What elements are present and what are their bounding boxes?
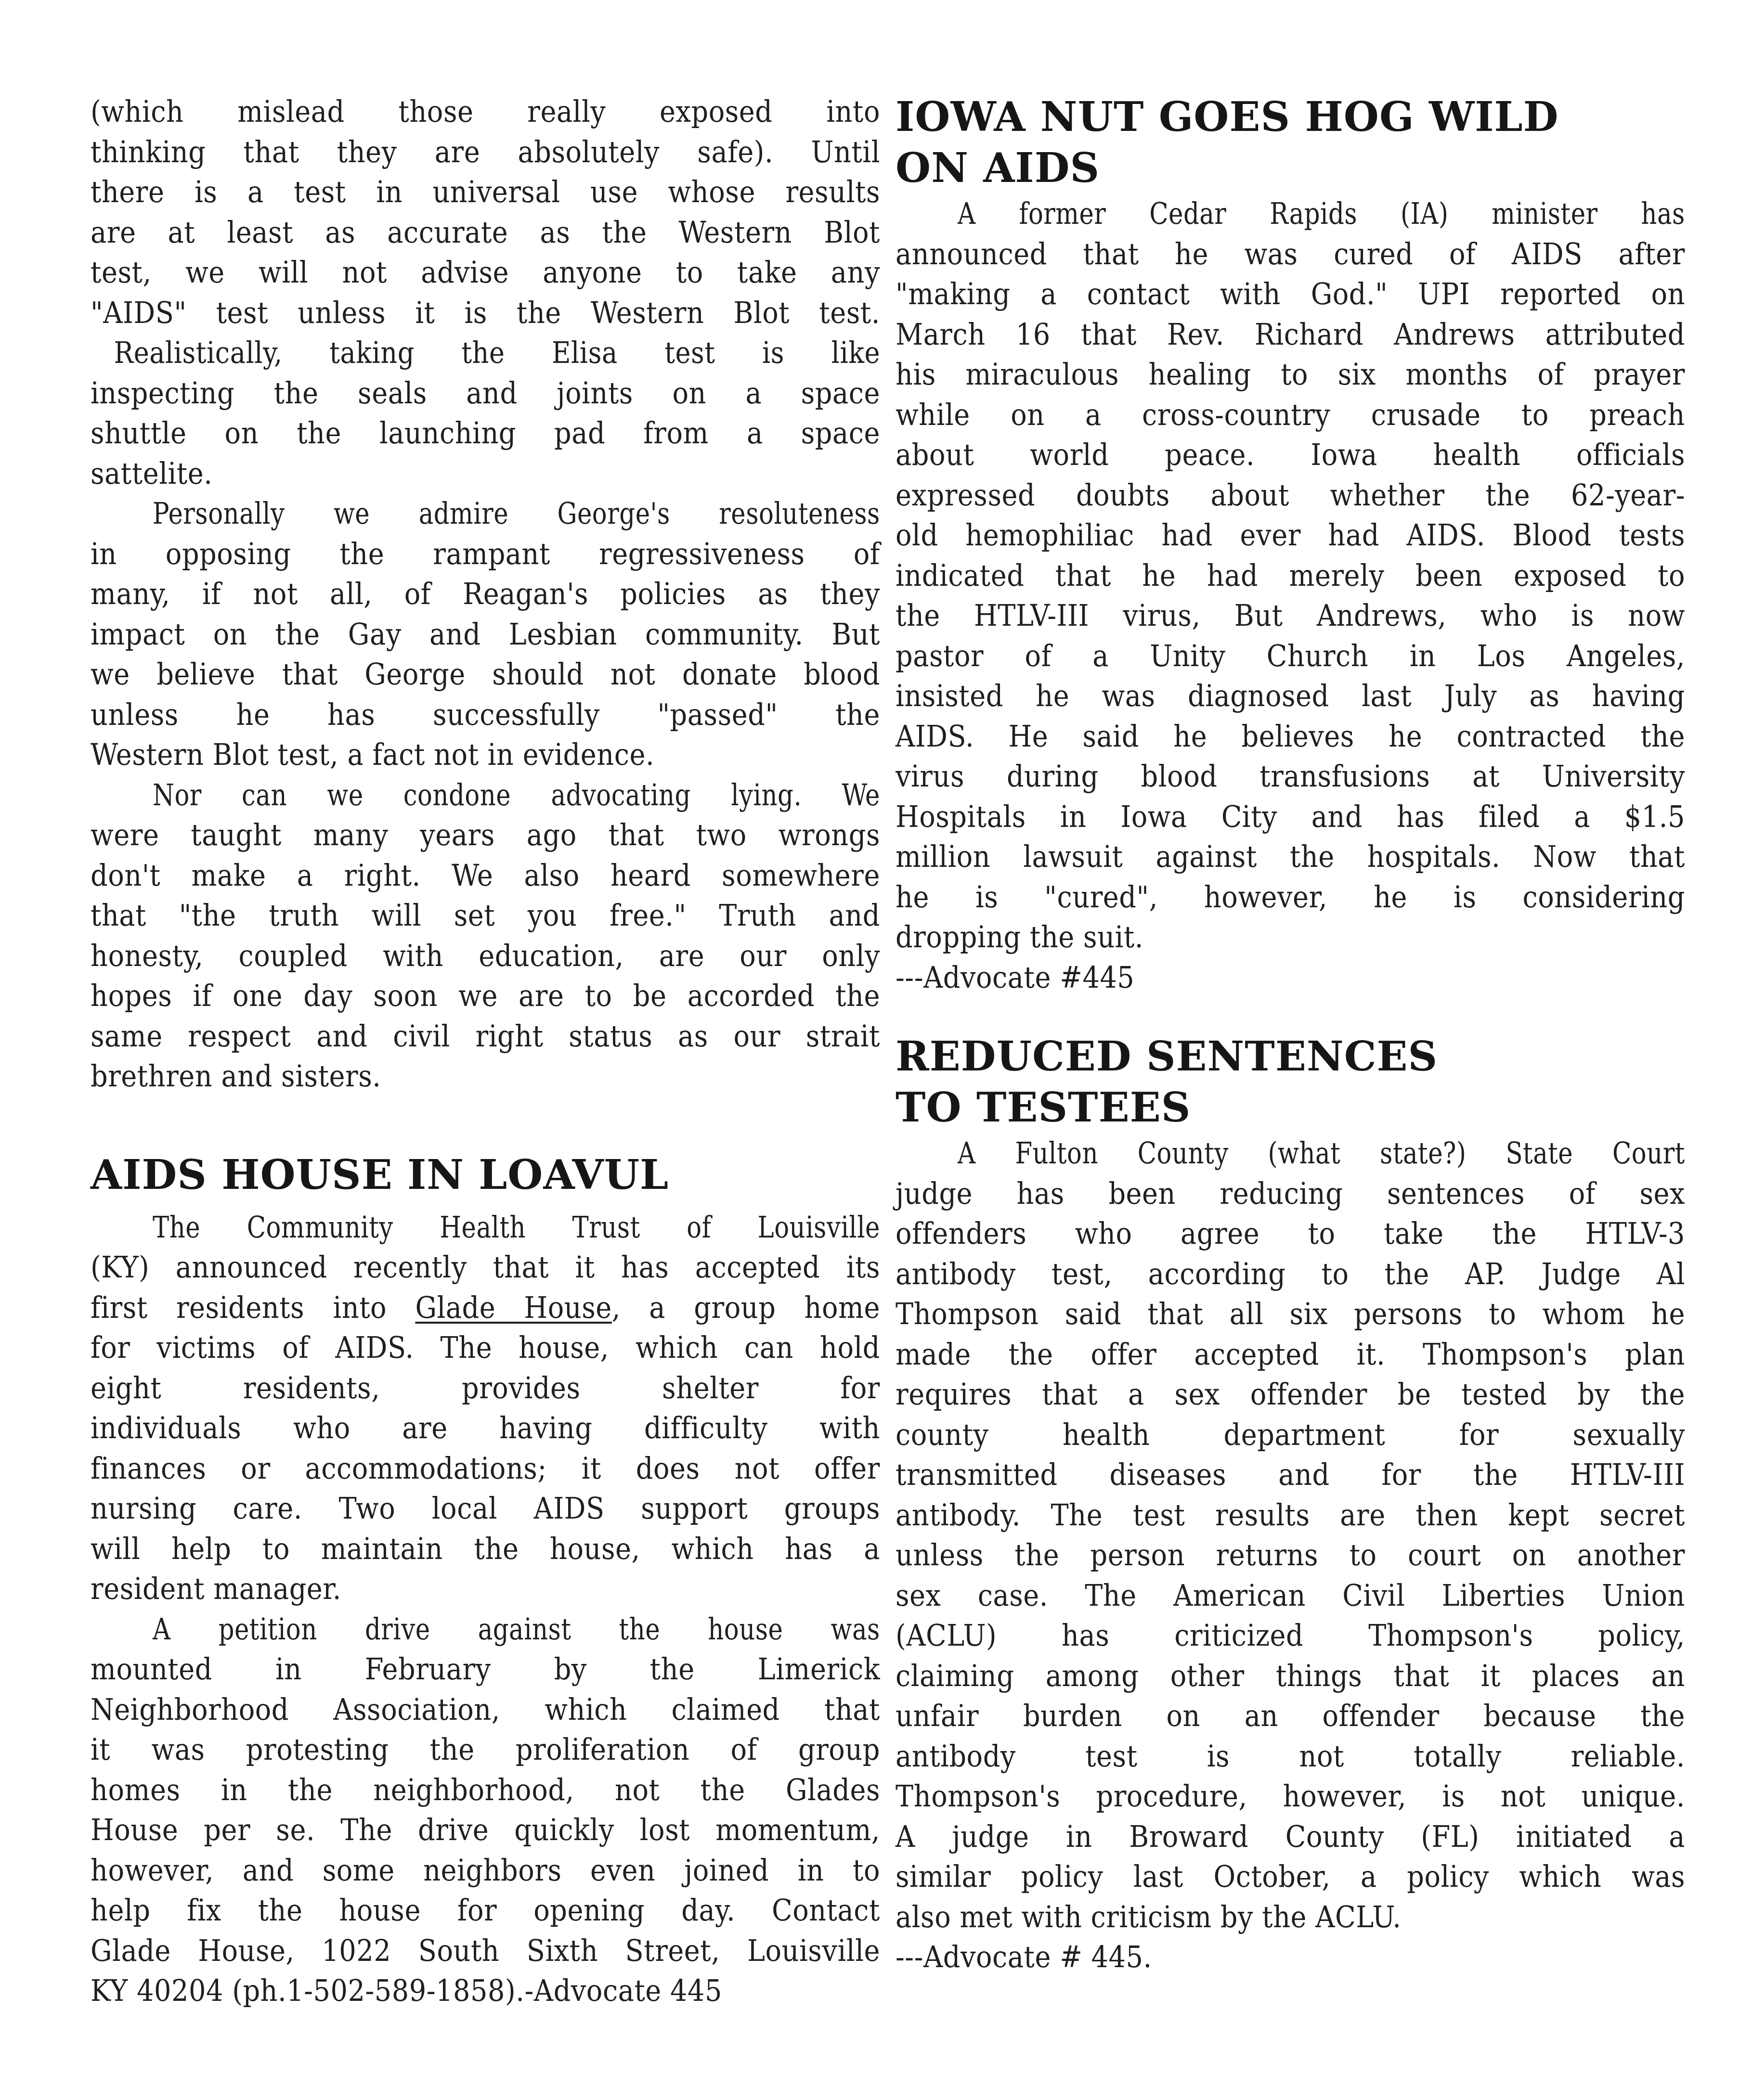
text-line: antibody. The test results are then kept… xyxy=(895,1495,1685,1535)
text-line: expressed doubts about whether the 62-ye… xyxy=(895,475,1685,515)
text-line: A former Cedar Rapids (IA) minister has xyxy=(895,193,1685,234)
text-line: don't make a right. We also heard somewh… xyxy=(91,855,880,896)
text-line: mounted in February by the Limerick xyxy=(91,1649,880,1689)
text-line: (KY) announced recently that it has acce… xyxy=(91,1247,880,1288)
text-line: brethren and sisters. xyxy=(91,1056,880,1096)
article-headline: REDUCED SENTENCES xyxy=(895,1031,1685,1082)
text-line: are at least as accurate as the Western … xyxy=(91,212,880,253)
text-line: there is a test in universal use whose r… xyxy=(91,172,880,212)
text-line: A Fulton County (what state?) State Cour… xyxy=(895,1133,1685,1173)
text-line: help fix the house for opening day. Cont… xyxy=(91,1890,880,1931)
text-line: that "the truth will set you free." Trut… xyxy=(91,895,880,936)
text-line: antibody test, according to the AP. Judg… xyxy=(895,1254,1685,1294)
text-line: antibody test is not totally reliable. xyxy=(895,1736,1685,1777)
text-line: Personally we admire George's resolutene… xyxy=(91,493,880,534)
text-line: announced that he was cured of AIDS afte… xyxy=(895,234,1685,274)
article-headline: ON AIDS xyxy=(895,142,1685,193)
text-line: homes in the neighborhood, not the Glade… xyxy=(91,1770,880,1810)
spacer xyxy=(91,1200,880,1207)
article-source-line: ---Advocate #445 xyxy=(895,957,1685,998)
text-line: requires that a sex offender be tested b… xyxy=(895,1374,1685,1415)
text-line: finances or accommodations; it does not … xyxy=(91,1448,880,1489)
text-line: Realistically, taking the Elisa test is … xyxy=(91,333,880,373)
text-line: he is "cured", however, he is considerin… xyxy=(895,877,1685,917)
text-line: test, we will not advise anyone to take … xyxy=(91,252,880,293)
text-line: first residents into Glade House, a grou… xyxy=(91,1288,880,1328)
text-line: while on a cross-country crusade to prea… xyxy=(895,395,1685,435)
text-line: however, and some neighbors even joined … xyxy=(91,1850,880,1891)
article-headline: IOWA NUT GOES HOG WILD xyxy=(895,91,1685,142)
text-line: individuals who are having difficulty wi… xyxy=(91,1408,880,1448)
text-line: honesty, coupled with education, are our… xyxy=(91,936,880,976)
text-line: were taught many years ago that two wron… xyxy=(91,815,880,855)
text-line: nursing care. Two local AIDS support gro… xyxy=(91,1488,880,1529)
text-line: about world peace. Iowa health officials xyxy=(895,435,1685,475)
text-line: Western Blot test, a fact not in evidenc… xyxy=(91,734,880,775)
article-headline: TO TESTEES xyxy=(895,1082,1685,1133)
text-line: A judge in Broward County (FL) initiated… xyxy=(895,1817,1685,1857)
text-line: A petition drive against the house was xyxy=(91,1609,880,1649)
text-line: (which mislead those really exposed into xyxy=(91,91,880,132)
article-iowa: IOWA NUT GOES HOG WILD ON AIDS A former … xyxy=(895,91,1685,997)
text-line: for victims of AIDS. The house, which ca… xyxy=(91,1327,880,1368)
text-line: in opposing the rampant regressiveness o… xyxy=(91,534,880,574)
text-line: county health department for sexually xyxy=(895,1415,1685,1455)
text-line: pastor of a Unity Church in Los Angeles, xyxy=(895,636,1685,676)
text-line: made the offer accepted it. Thompson's p… xyxy=(895,1334,1685,1375)
text-fragment: first residents into xyxy=(91,1290,415,1325)
text-line: AIDS. He said he believes he contracted … xyxy=(895,716,1685,757)
article-headline: AIDS HOUSE IN LOAVUL xyxy=(91,1149,880,1200)
text-line: sex case. The American Civil Liberties U… xyxy=(895,1575,1685,1616)
text-line: claiming among other things that it plac… xyxy=(895,1656,1685,1696)
text-line: thinking that they are absolutely safe).… xyxy=(91,132,880,172)
text-line: resident manager. xyxy=(91,1569,880,1609)
text-line: judge has been reducing sentences of sex xyxy=(895,1173,1685,1214)
text-line: many, if not all, of Reagan's policies a… xyxy=(91,574,880,614)
text-line: similar policy last October, a policy wh… xyxy=(895,1856,1685,1897)
text-line: dropping the suit. xyxy=(895,917,1685,957)
right-column: IOWA NUT GOES HOG WILD ON AIDS A former … xyxy=(895,91,1685,1977)
text-line: virus during blood transfusions at Unive… xyxy=(895,756,1685,797)
text-line: The Community Health Trust of Louisville xyxy=(91,1207,880,1248)
text-line: Hospitals in Iowa City and has filed a $… xyxy=(895,797,1685,837)
text-line: we believe that George should not donate… xyxy=(91,654,880,695)
text-line: hopes if one day soon we are to be accor… xyxy=(91,976,880,1016)
text-line: Neighborhood Association, which claimed … xyxy=(91,1689,880,1730)
text-line: sattelite. xyxy=(91,453,880,494)
text-line: Thompson's procedure, however, is not un… xyxy=(895,1776,1685,1817)
text-line: shuttle on the launching pad from a spac… xyxy=(91,413,880,453)
text-line: it was protesting the proliferation of g… xyxy=(91,1729,880,1770)
text-line: indicated that he had merely been expose… xyxy=(895,555,1685,596)
text-line: offenders who agree to take the HTLV-3 xyxy=(895,1213,1685,1254)
text-line: inspecting the seals and joints on a spa… xyxy=(91,373,880,413)
newsletter-page: (which mislead those really exposed into… xyxy=(0,0,1752,2100)
article-source-line: KY 40204 (ph.1-502-589-1858).-Advocate 4… xyxy=(91,1971,880,2011)
text-line: Nor can we condone advocating lying. We xyxy=(91,775,880,815)
text-line: impact on the Gay and Lesbian community.… xyxy=(91,614,880,655)
text-line: unfair burden on an offender because the xyxy=(895,1696,1685,1736)
text-line: "AIDS" test unless it is the Western Blo… xyxy=(91,293,880,333)
text-line: same respect and civil right status as o… xyxy=(91,1016,880,1056)
text-line: unless he has successfully "passed" the xyxy=(91,695,880,735)
text-line: insisted he was diagnosed last July as h… xyxy=(895,676,1685,716)
text-line: transmitted diseases and for the HTLV-II… xyxy=(895,1455,1685,1495)
glade-house-underlined-name: Glade House xyxy=(415,1290,611,1325)
text-line: also met with criticism by the ACLU. xyxy=(895,1897,1685,1937)
text-line: his miraculous healing to six months of … xyxy=(895,354,1685,395)
text-line: the HTLV-III virus, But Andrews, who is … xyxy=(895,595,1685,636)
text-line: March 16 that Rev. Richard Andrews attri… xyxy=(895,314,1685,355)
spacer xyxy=(91,1096,880,1149)
text-line: unless the person returns to court on an… xyxy=(895,1535,1685,1575)
text-line: "making a contact with God." UPI reporte… xyxy=(895,274,1685,314)
text-line: Glade House, 1022 South Sixth Street, Lo… xyxy=(91,1931,880,1971)
continued-article: (which mislead those really exposed into… xyxy=(91,91,880,1096)
spacer xyxy=(895,997,1685,1031)
text-line: (ACLU) has criticized Thompson's policy, xyxy=(895,1615,1685,1656)
text-line: will help to maintain the house, which h… xyxy=(91,1529,880,1569)
text-line: Thompson said that all six persons to wh… xyxy=(895,1294,1685,1334)
text-line: eight residents, provides shelter for xyxy=(91,1368,880,1408)
left-column: (which mislead those really exposed into… xyxy=(91,91,880,2011)
text-line: million lawsuit against the hospitals. N… xyxy=(895,837,1685,877)
text-line: House per se. The drive quickly lost mom… xyxy=(91,1810,880,1850)
article-source-line: ---Advocate # 445. xyxy=(895,1937,1685,1977)
text-line: old hemophiliac had ever had AIDS. Blood… xyxy=(895,515,1685,555)
article-aids-house: AIDS HOUSE IN LOAVUL The Community Healt… xyxy=(91,1149,880,2011)
text-fragment: , a group home xyxy=(612,1290,880,1325)
article-reduced-sentences: REDUCED SENTENCES TO TESTEES A Fulton Co… xyxy=(895,1031,1685,1977)
